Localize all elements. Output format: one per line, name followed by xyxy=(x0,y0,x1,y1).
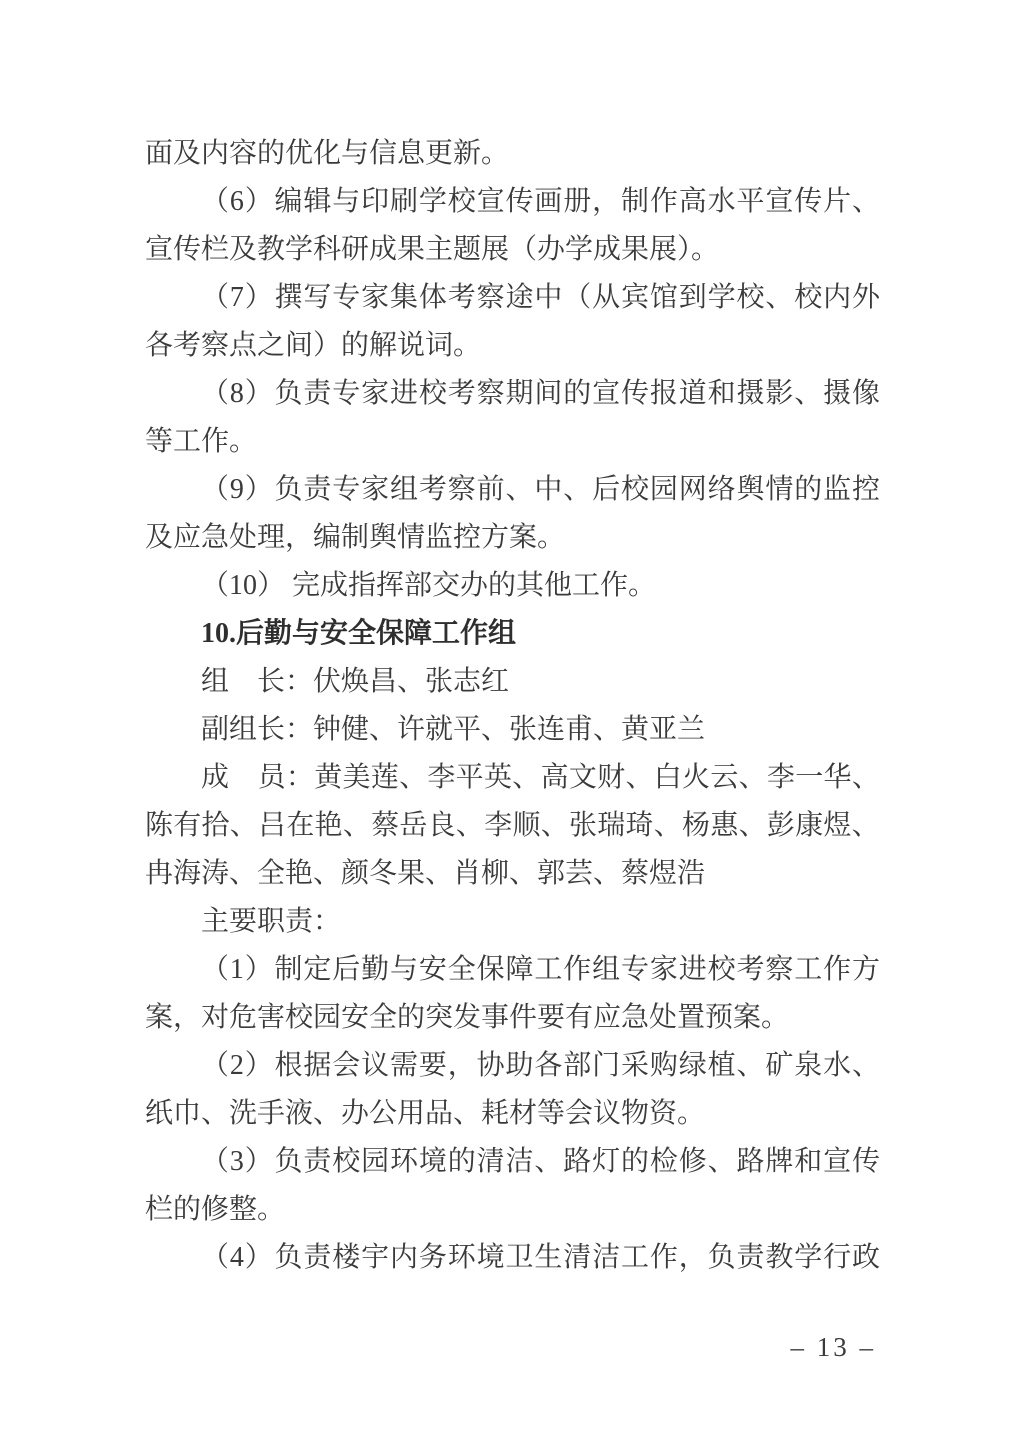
text-line: 栏的修整。 xyxy=(145,1186,880,1234)
text-line: （1） 制定后勤与安全保障工作组专家进校考察工作方 xyxy=(145,946,880,994)
text-line: 副组长：钟健、许就平、张连甫、黄亚兰 xyxy=(145,706,880,754)
text-line: （7） 撰写专家集体考察途中（从宾馆到学校、校内外 xyxy=(145,274,880,322)
text-line: 等工作。 xyxy=(145,418,880,466)
text-line: （4） 负责楼宇内务环境卫生清洁工作，负责教学行政 xyxy=(145,1234,880,1282)
text-line: 面及内容的优化与信息更新。 xyxy=(145,130,880,178)
text-line: （8） 负责专家进校考察期间的宣传报道和摄影、摄像 xyxy=(145,370,880,418)
text-line: 陈有拾、吕在艳、蔡岳良、李顺、张瑞琦、杨惠、彭康煜、 xyxy=(145,802,880,850)
text-line: 及应急处理，编制舆情监控方案。 xyxy=(145,514,880,562)
text-line: 纸巾、洗手液、办公用品、耗材等会议物资。 xyxy=(145,1090,880,1138)
text-line: 宣传栏及教学科研成果主题展（办学成果展）。 xyxy=(145,226,880,274)
page-number: – 13 – xyxy=(791,1332,877,1363)
text-line: （2） 根据会议需要，协助各部门采购绿植、矿泉水、 xyxy=(145,1042,880,1090)
section-heading: 10.后勤与安全保障工作组 xyxy=(145,610,880,658)
text-line: 各考察点之间）的解说词。 xyxy=(145,322,880,370)
text-line: 冉海涛、全艳、颜冬果、肖柳、郭芸、蔡煜浩 xyxy=(145,850,880,898)
text-line: （6） 编辑与印刷学校宣传画册，制作高水平宣传片、 xyxy=(145,178,880,226)
text-line: 案，对危害校园安全的突发事件要有应急处置预案。 xyxy=(145,994,880,1042)
text-line: 成 员：黄美莲、李平英、高文财、白火云、李一华、 xyxy=(145,754,880,802)
text-line: 组 长：伏焕昌、张志红 xyxy=(145,658,880,706)
text-line: （9） 负责专家组考察前、中、后校园网络舆情的监控 xyxy=(145,466,880,514)
document-page: 面及内容的优化与信息更新。（6） 编辑与印刷学校宣传画册，制作高水平宣传片、宣传… xyxy=(0,0,1024,1448)
text-line: 主要职责： xyxy=(145,898,880,946)
text-line: （10） 完成指挥部交办的其他工作。 xyxy=(145,562,880,610)
document-body: 面及内容的优化与信息更新。（6） 编辑与印刷学校宣传画册，制作高水平宣传片、宣传… xyxy=(145,130,880,1282)
text-line: （3） 负责校园环境的清洁、路灯的检修、路牌和宣传 xyxy=(145,1138,880,1186)
